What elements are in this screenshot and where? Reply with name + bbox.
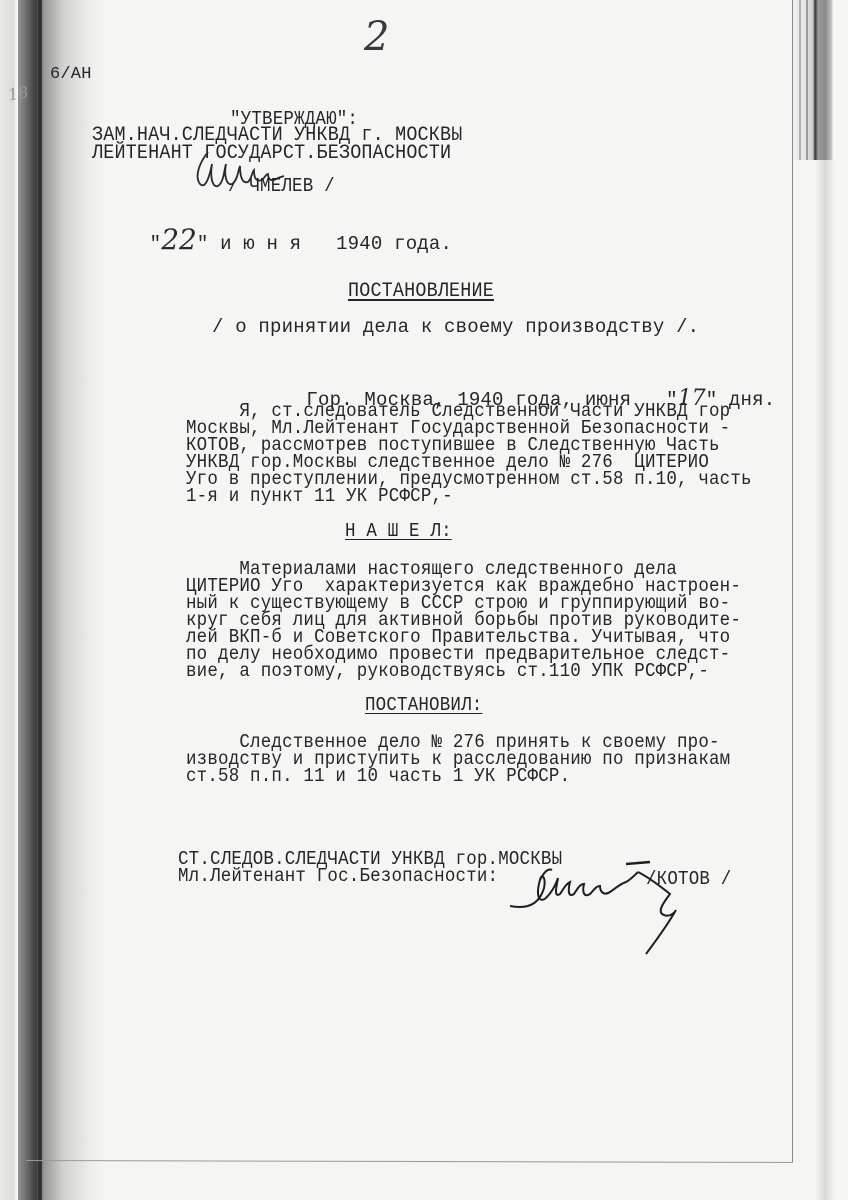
approval-date-day: 22 xyxy=(161,223,197,256)
place-date-suffix: дня. xyxy=(729,389,775,411)
page-bottom-edge xyxy=(26,1160,793,1163)
page-right-shadow xyxy=(815,160,835,1200)
found-line: вие, а поэтому, руководствуясь ст.110 УП… xyxy=(186,662,709,680)
page-right-edge xyxy=(792,0,793,1162)
investigator-signature xyxy=(500,858,690,958)
binding-edge xyxy=(38,0,42,1200)
page-stack-edges xyxy=(793,0,833,160)
margin-mark: 18 xyxy=(7,82,30,104)
decided-line: ст.58 п.п. 11 и 10 часть 1 УК РСФСР. xyxy=(186,767,570,785)
approval-date-rest: " и ю н я 1940 года. xyxy=(197,233,452,255)
file-reference: 6/АН xyxy=(50,66,92,84)
found-heading: Н А Ш Е Л: xyxy=(345,522,452,540)
decided-heading: ПОСТАНОВИЛ: xyxy=(365,696,482,714)
document-subtitle: / о принятии дела к своему производству … xyxy=(212,318,699,336)
approval-date: "22" и ю н я 1940 года. xyxy=(92,205,452,274)
document-title: ПОСТАНОВЛЕНИЕ xyxy=(348,283,494,301)
signature-line-2: Мл.Лейтенант Гос.Безопасности: xyxy=(178,867,498,885)
scanned-document-page: 18 2 6/АН "УТВЕРЖДАЮ": ЗАМ.НАЧ.СЛЕДЧАСТИ… xyxy=(0,0,848,1200)
intro-line: 1-я и пункт 11 УК РСФСР,- xyxy=(186,487,453,505)
approval-signatory: / ЧМЕЛЕВ / xyxy=(228,177,335,195)
binding-shadow xyxy=(18,0,108,1200)
page-number-handwritten: 2 xyxy=(364,14,389,60)
